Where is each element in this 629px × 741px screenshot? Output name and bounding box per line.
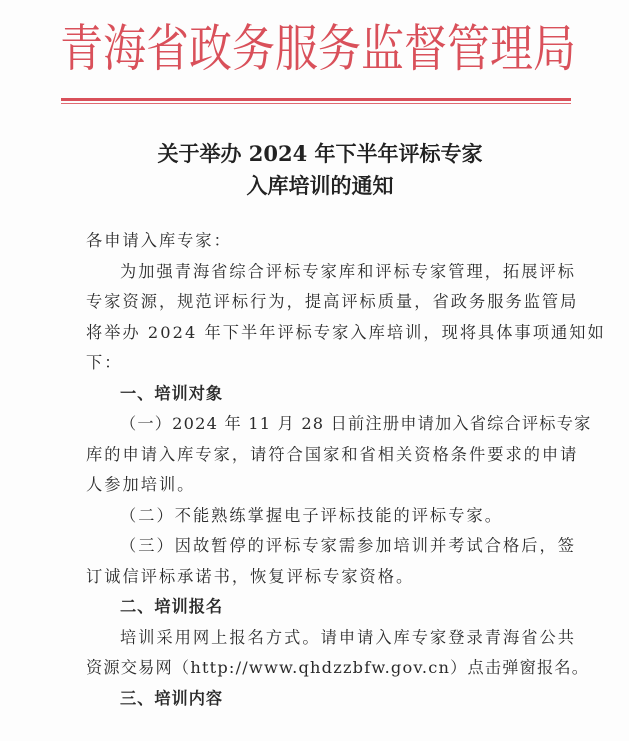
paragraph-line-with-url: 资源交易网（http://www.qhdzzbfw.gov.cn）点击弹窗报名。 [86,653,556,684]
letterhead-red-rule-thin [61,103,571,104]
document-title-line-2: 入库培训的通知 [80,170,560,202]
paragraph-line: 库的申请入库专家，请符合国家和省相关资格条件要求的申请 [86,440,556,471]
section2-paragraph: 培训采用网上报名方式。请申请入库专家登录青海省公共 资源交易网（http://w… [86,623,556,684]
section-heading-training-registration: 二、培训报名 [86,592,556,623]
paragraph-line: 订诚信评标承诺书，恢复评标专家资格。 [86,562,556,593]
paragraph-line: （三）因故暂停的评标专家需参加培训并考试合格后，签 [86,531,556,562]
section-heading-training-content: 三、培训内容 [86,684,556,715]
section1-item2: （二）不能熟练掌握电子评标技能的评标专家。 [86,501,556,532]
paragraph-line: 培训采用网上报名方式。请申请入库专家登录青海省公共 [86,623,556,654]
letterhead-red-rule [61,98,571,101]
intro-line: 将举办 2024 年下半年评标专家入库培训，现将具体事项通知如 [86,318,556,349]
document-title-line-1: 关于举办 2024 年下半年评标专家 [80,138,560,170]
intro-paragraph: 为加强青海省综合评标专家库和评标专家管理，拓展评标 专家资源，规范评标行为，提高… [86,257,556,379]
intro-line: 专家资源，规范评标行为，提高评标质量，省政务服务监管局 [86,287,556,318]
section-heading-training-targets: 一、培训对象 [86,379,556,410]
document-body: 各申请入库专家： 为加强青海省综合评标专家库和评标专家管理，拓展评标 专家资源，… [86,226,556,714]
intro-line: 为加强青海省综合评标专家库和评标专家管理，拓展评标 [86,257,556,288]
letterhead-org-name: 青海省政务服务监督管理局 [60,14,570,85]
paragraph-line: （二）不能熟练掌握电子评标技能的评标专家。 [86,501,556,532]
section1-item1: （一）2024 年 11 月 28 日前注册申请加入省综合评标专家 库的申请入库… [86,409,556,501]
salutation: 各申请入库专家： [86,226,556,257]
paragraph-line: （一）2024 年 11 月 28 日前注册申请加入省综合评标专家 [86,409,556,440]
paragraph-line: 人参加培训。 [86,470,556,501]
document-title: 关于举办 2024 年下半年评标专家 入库培训的通知 [80,138,560,202]
section1-item3: （三）因故暂停的评标专家需参加培训并考试合格后，签 订诚信评标承诺书，恢复评标专… [86,531,556,592]
intro-line: 下： [86,348,556,379]
